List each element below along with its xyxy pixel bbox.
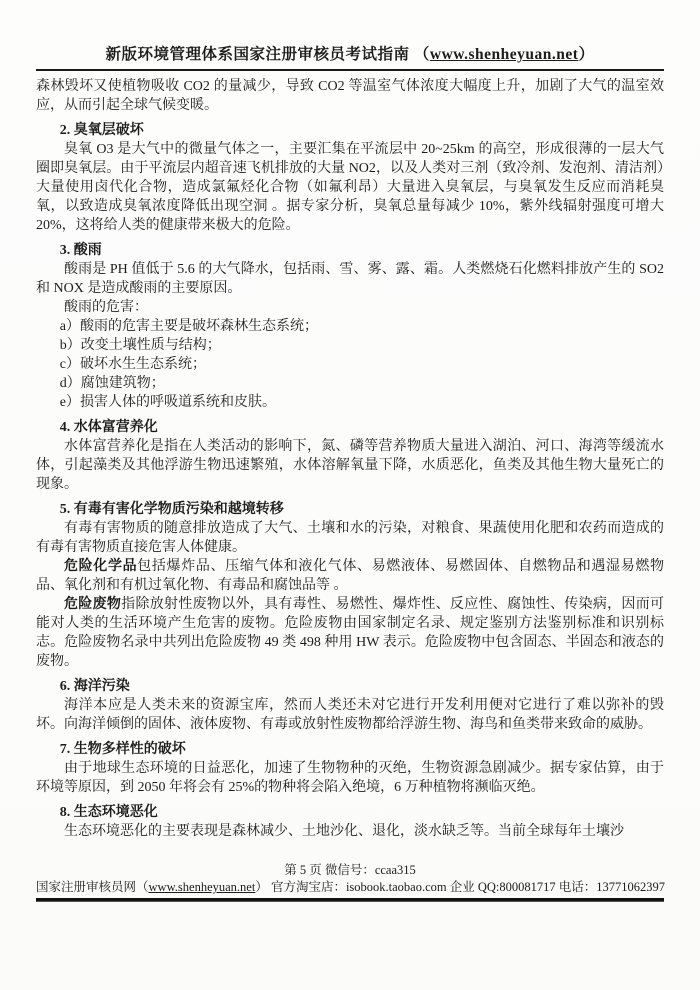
list-item: d）腐蚀建筑物； bbox=[36, 374, 664, 393]
section-heading-biodiversity: 7. 生物多样性的破坏 bbox=[36, 740, 664, 759]
section-heading-marine-pollution: 6. 海洋污染 bbox=[36, 677, 664, 696]
footer-site-name: 国家注册审核员网（ bbox=[36, 880, 149, 894]
list-item: b）改变土壤性质与结构； bbox=[36, 336, 664, 355]
paragraph: 有毒有害物质的随意排放造成了大气、土壤和水的污染，对粮食、果蔬使用化肥和农药而造… bbox=[36, 519, 664, 557]
paragraph: 酸雨是 PH 值低于 5.6 的大气降水，包括雨、雪、雾、露、霜。人类燃烧石化燃… bbox=[36, 260, 664, 298]
paragraph-bold-lead: 危险废物 bbox=[64, 597, 121, 612]
footer-page-info: 第 5 页 微信号：ccaa315 bbox=[36, 862, 664, 878]
paragraph: 生态环境恶化的主要表现是森林减少、土地沙化、退化，淡水缺乏等。当前全球每年土壤沙 bbox=[36, 822, 664, 841]
paragraph: 水体富营养化是指在人类活动的影响下，氮、磷等营养物质大量进入湖泊、河口、海湾等缓… bbox=[36, 437, 664, 494]
section-heading-ozone: 2. 臭氧层破坏 bbox=[36, 121, 664, 140]
list-item: e）损害人体的呼吸道系统和皮肤。 bbox=[36, 393, 664, 412]
document-footer: 第 5 页 微信号：ccaa315 国家注册审核员网（www.shenheyua… bbox=[36, 862, 664, 902]
document-body: 森林毁坏又使植物吸收 CO2 的量减少，导致 CO2 等温室气体浓度大幅度上升，… bbox=[36, 71, 664, 841]
footer-contact-line: 国家注册审核员网（www.shenheyuan.net） 官方淘宝店：isobo… bbox=[36, 879, 664, 895]
section-heading-eco-degradation: 8. 生态环境恶化 bbox=[36, 803, 664, 822]
paragraph: 危险废物指除放射性废物以外，具有毒性、易燃性、爆炸性、反应性、腐蚀性、传染病，因… bbox=[36, 595, 664, 671]
footer-site-url: www.shenheyuan.net bbox=[149, 880, 256, 894]
paragraph: 酸雨的危害： bbox=[36, 298, 664, 317]
section-heading-eutrophication: 4. 水体富营养化 bbox=[36, 418, 664, 437]
paragraph: 海洋本应是人类未来的资源宝库，然而人类还未对它进行开发利用便对它进行了难以弥补的… bbox=[36, 696, 664, 734]
scanned-document-page: 新版环境管理体系国家注册审核员考试指南 （www.shenheyuan.net）… bbox=[0, 0, 700, 990]
list-item: c）破坏水生生态系统； bbox=[36, 355, 664, 374]
section-heading-acid-rain: 3. 酸雨 bbox=[36, 241, 664, 260]
header-title-url: www.shenheyuan.net bbox=[430, 46, 579, 63]
paragraph: 臭氧 O3 是大气中的微量气体之一，主要汇集在平流层中 20~25km 的高空，… bbox=[36, 140, 664, 235]
footer-contact-details: ） 官方淘宝店：isobook.taobao.com 企业 QQ:8000817… bbox=[255, 880, 665, 894]
list-item: a）酸雨的危害主要是破坏森林生态系统； bbox=[36, 317, 664, 336]
paragraph-text: 指除放射性废物以外，具有毒性、易燃性、爆炸性、反应性、腐蚀性、传染病，因而可能对… bbox=[36, 597, 664, 669]
footer-divider-rule bbox=[36, 898, 664, 902]
paragraph: 危险化学品包括爆炸品、压缩气体和液化气体、易燃液体、易燃固体、自燃物品和遇湿易燃… bbox=[36, 557, 664, 595]
paragraph: 森林毁坏又使植物吸收 CO2 的量减少，导致 CO2 等温室气体浓度大幅度上升，… bbox=[36, 77, 664, 115]
header-title-text: 新版环境管理体系国家注册审核员考试指南 （ bbox=[106, 46, 430, 63]
document-header-title: 新版环境管理体系国家注册审核员考试指南 （www.shenheyuan.net） bbox=[36, 44, 664, 66]
header-title-close: ） bbox=[578, 46, 594, 63]
paragraph: 由于地球生态环境的日益恶化，加速了生物物种的灭绝，生物资源急剧减少。据专家估算，… bbox=[36, 759, 664, 797]
section-heading-toxic-chemicals: 5. 有毒有害化学物质污染和越境转移 bbox=[36, 500, 664, 519]
paragraph-bold-lead: 危险化学品 bbox=[64, 559, 137, 574]
